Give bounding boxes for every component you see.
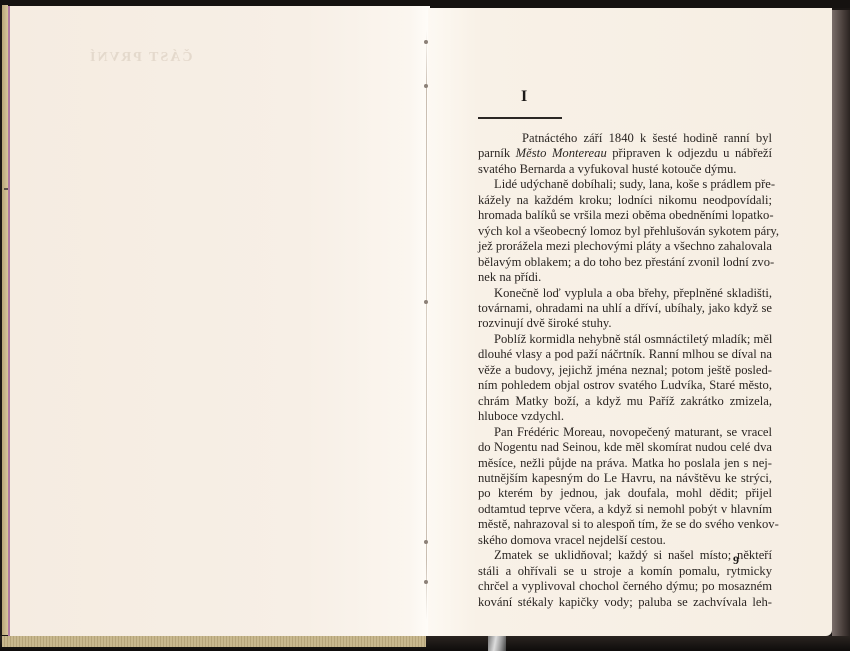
text-line: hromada balíků se vršila mezi oběma obed… xyxy=(478,208,772,223)
paragraph-4: Poblíž kormidla nehybně stál osmnáctilet… xyxy=(478,332,772,425)
text-line: nutnějším kapesným do Le Havru, na návšt… xyxy=(478,471,772,486)
text-line: měsíce, nežli půjde na práva. Matka ho p… xyxy=(478,456,772,471)
text-line: kážely na každém kroku; lodníci nikomu n… xyxy=(478,193,772,208)
text-line: stáli a ohřívali se u stroje a komín pom… xyxy=(478,564,772,579)
text-line: bělavým oblakem; a do toho bez přestání … xyxy=(478,255,772,270)
text-line: svatého Bernarda a vyfukoval husté kotou… xyxy=(478,162,772,177)
text-line: po kterém by jednou, jak doufala, mohl d… xyxy=(478,486,772,501)
chapter-rule xyxy=(478,117,562,119)
text-line: jež prorážela mezi plechovými pláty a vš… xyxy=(478,239,772,254)
text-line: továrnami, ohradami na uhlí a dříví, ubí… xyxy=(478,301,772,316)
page-number: 9 xyxy=(733,553,739,568)
text-line: hluboce vzdychl. xyxy=(478,409,772,424)
text-line: Pan Frédéric Moreau, novopečený maturant… xyxy=(478,425,772,440)
italic-ship-name: Město Montereau xyxy=(516,146,607,160)
paragraph-2: Lidé udýchaně dobíhali; sudy, lana, koše… xyxy=(478,177,772,285)
binding-stitch xyxy=(424,540,428,544)
text-line: odtamtud teprve včera, a když si nemohl … xyxy=(478,502,772,517)
text-line: městě, nahrazoval si to alespoň tím, že … xyxy=(478,517,772,532)
text-line: vých kol a všeobecný lomoz byl přehlušov… xyxy=(478,224,772,239)
text-line: chrčel a vyplivoval chochol černého dýmu… xyxy=(478,579,772,594)
paragraph-3: Konečně loď vyplula a oba břehy, přeplně… xyxy=(478,286,772,332)
left-page: ČÁST PRVNÍ xyxy=(8,6,430,636)
chapter-number: I xyxy=(521,88,527,106)
paragraph-6: Zmatek se uklidňoval; každý si našel mís… xyxy=(478,548,772,610)
body-text: Patnáctého září 1840 k šesté hodině rann… xyxy=(478,131,772,610)
text-line: chrám Matky boží, a když mu Paříž zakrát… xyxy=(478,394,772,409)
text-line: Konečně loď vyplula a oba břehy, přeplně… xyxy=(478,286,772,301)
page-block-edge xyxy=(832,10,850,640)
paragraph-1: Patnáctého září 1840 k šesté hodině rann… xyxy=(478,131,772,177)
text-line: Poblíž kormidla nehybně stál osmnáctilet… xyxy=(478,332,772,347)
text-line: nek na přídi. xyxy=(478,270,772,285)
text-line: Zmatek se uklidňoval; každý si našel mís… xyxy=(478,548,772,563)
text-line: Patnáctého září 1840 k šesté hodině rann… xyxy=(478,131,772,146)
text-line-with-italic: parník Město Montereau připraven k odjez… xyxy=(478,146,772,161)
text-fragment: připraven k odjezdu u nábřeží xyxy=(607,146,772,160)
paragraph-5: Pan Frédéric Moreau, novopečený maturant… xyxy=(478,425,772,549)
text-line: rozvinují dvě široké stuhy. xyxy=(478,316,772,331)
text-line: ského domova vracel nejdelší cestou. xyxy=(478,533,772,548)
bookmark-ribbon xyxy=(488,636,506,651)
binding-stitch xyxy=(424,300,428,304)
text-fragment: parník xyxy=(478,146,516,160)
binding-stitch xyxy=(424,580,428,584)
text-line: věže a budovy, jejichž jména neznal; pot… xyxy=(478,363,772,378)
text-line: ním pohledem objal ostrov svatého Ludvík… xyxy=(478,378,772,393)
text-line: do Nogentu nad Seinou, kde měl skomírat … xyxy=(478,440,772,455)
text-line: kování stékaly kapičky vody; paluba se z… xyxy=(478,595,772,610)
book-cover-edge-bottom xyxy=(2,636,426,647)
text-line: Lidé udýchaně dobíhali; sudy, lana, koše… xyxy=(478,177,772,192)
book-gutter xyxy=(426,30,427,620)
binding-stitch xyxy=(424,84,428,88)
show-through-heading: ČÁST PRVNÍ xyxy=(88,50,192,66)
text-line: dlouhé vlasy a pod paží náčrtník. Ranní … xyxy=(478,347,772,362)
binding-stitch xyxy=(424,40,428,44)
